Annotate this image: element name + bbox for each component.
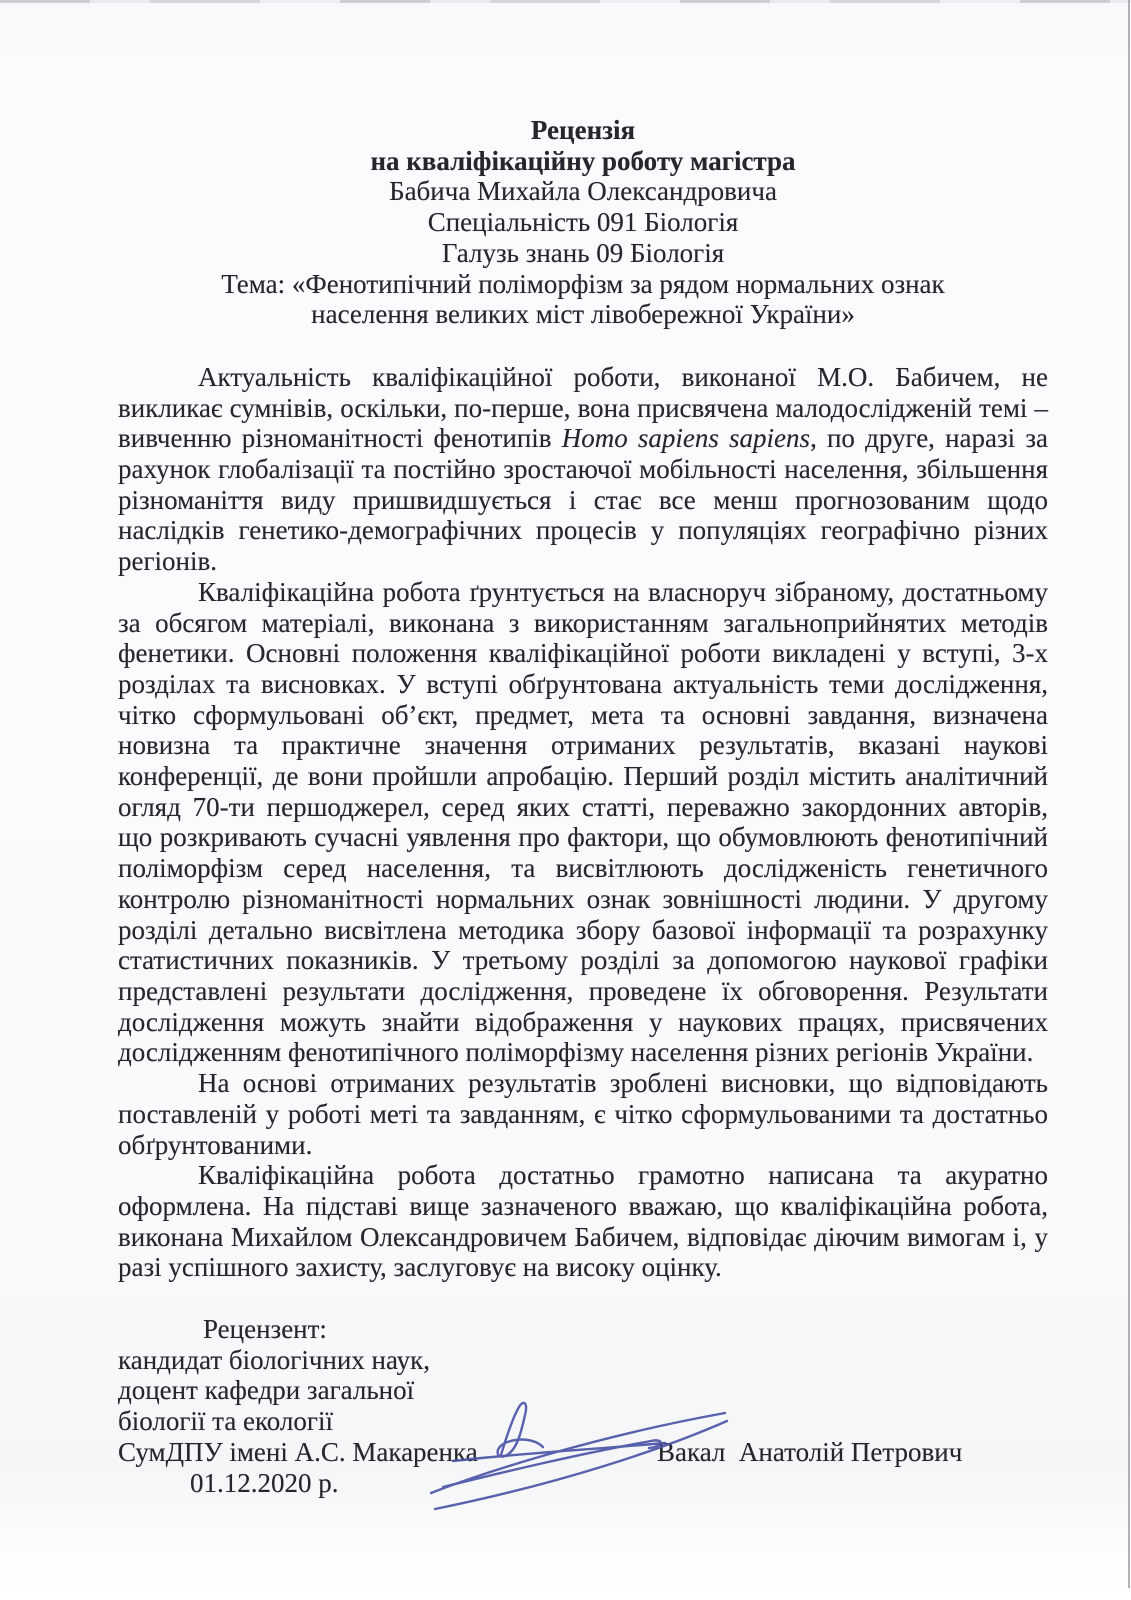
reviewer-label: Рецензент: — [203, 1314, 1048, 1345]
paragraph-text: Кваліфікаційна робота достатньо грамотно… — [118, 1160, 1048, 1282]
document-subtitle: на кваліфікаційну роботу магістра — [118, 146, 1048, 177]
reviewer-credential-3: біології та екології — [118, 1406, 1048, 1437]
thesis-topic-line-2: населення великих міст лівобережної Укра… — [118, 299, 1048, 330]
scan-artifact-top-edge — [0, 0, 1131, 3]
reviewer-name: Вакал Анатолій Петрович — [657, 1437, 962, 1468]
affiliation-row: СумДПУ імені А.С. Макаренка Вакал Анатол… — [118, 1437, 1048, 1468]
document-title: Рецензія — [118, 115, 1048, 146]
thesis-topic-line-1: Тема: «Фенотипічний поліморфізм за рядом… — [118, 269, 1048, 300]
field-line: Галузь знань 09 Біологія — [118, 238, 1048, 269]
scan-artifact-right-edge — [1128, 0, 1130, 1588]
document-content: Рецензія на кваліфікаційну роботу магіст… — [118, 115, 1048, 1498]
review-date: 01.12.2020 р. — [190, 1468, 1048, 1499]
reviewer-credential-2: доцент кафедри загальної — [118, 1375, 1048, 1406]
signature-block: Рецензент: кандидат біологічних наук, до… — [118, 1314, 1048, 1498]
paragraph-text: На основі отриманих результатів зроблені… — [118, 1068, 1048, 1159]
body-paragraph-4: Кваліфікаційна робота достатньо грамотно… — [118, 1160, 1048, 1283]
affiliation: СумДПУ імені А.С. Макаренка — [118, 1437, 478, 1467]
latin-species-name: Homo sapiens sapiens — [562, 423, 810, 453]
document-body: Актуальність кваліфікаційної роботи, вик… — [118, 362, 1048, 1283]
body-paragraph-3: На основі отриманих результатів зроблені… — [118, 1068, 1048, 1160]
specialty-line: Спеціальність 091 Біологія — [118, 207, 1048, 238]
author-name: Бабича Михайла Олександровича — [118, 176, 1048, 207]
body-paragraph-1: Актуальність кваліфікаційної роботи, вик… — [118, 362, 1048, 577]
body-paragraph-2: Кваліфікаційна робота ґрунтується на вла… — [118, 577, 1048, 1068]
paragraph-text: Кваліфікаційна робота ґрунтується на вла… — [118, 577, 1048, 1068]
scanned-document-page: Рецензія на кваліфікаційну роботу магіст… — [0, 0, 1131, 1600]
reviewer-credential-1: кандидат біологічних наук, — [118, 1345, 1048, 1376]
document-header: Рецензія на кваліфікаційну роботу магіст… — [118, 115, 1048, 330]
